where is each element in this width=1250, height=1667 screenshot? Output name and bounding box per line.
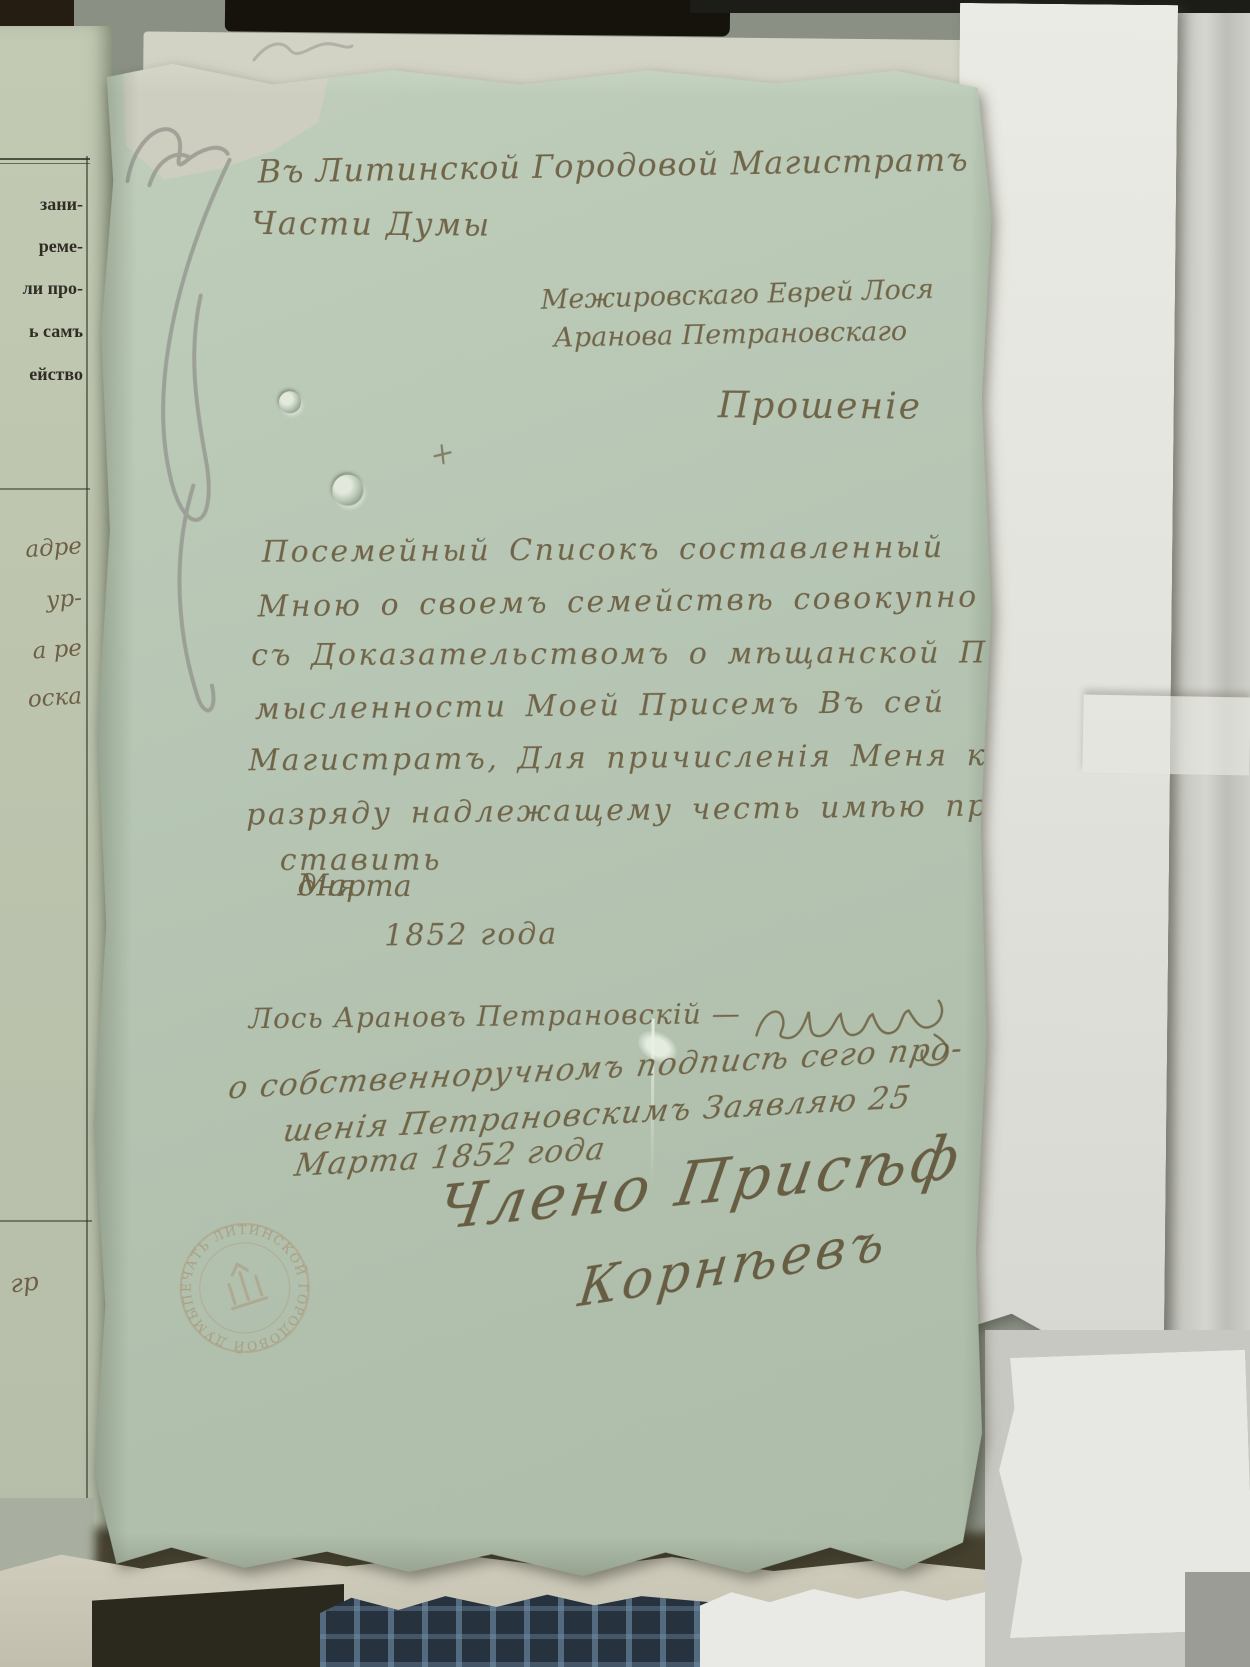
printed-rule [0, 1220, 92, 1222]
petition-page-wrapper: Въ Литинской Городовой Магистратъ Части … [80, 59, 1006, 1585]
paper-hole [279, 391, 301, 413]
handwritten-fragment: гр [9, 1267, 41, 1299]
bottom-right-corner-shadow [1185, 1572, 1250, 1667]
printed-fragment: ейство [0, 364, 86, 385]
handwritten-fragment: ур- [0, 585, 83, 617]
petition-title: Прошеніе [718, 385, 922, 427]
paper-edge-band [1082, 695, 1250, 776]
printed-fragment: реме- [0, 236, 86, 257]
header-line-1: Въ Литинской Городовой Магистратъ [257, 140, 969, 190]
handwritten-fragment: оска [0, 683, 83, 715]
printed-rule [0, 158, 90, 164]
printed-fragment: ь самъ [0, 321, 86, 342]
header-line-2: Части Думы [251, 204, 491, 244]
addressee-line-1: Межировскаго Еврей Лося [540, 274, 934, 316]
official-seal-stamp-icon: ПЕЧАТЬ ЛИТИНСКОЙ ГОРОДОВОЙ ДУМЫ [159, 1203, 330, 1374]
body-line: Мною о своемъ семействѣ совокупно [257, 579, 979, 624]
handwritten-fragment: адре [0, 533, 83, 565]
body-line: съ Доказательствомъ о мѣщанской Про [251, 635, 1030, 673]
printed-fragment: ли про- [0, 278, 86, 299]
body-line: разряду надлежащему честь имѣю пред- [246, 788, 1044, 833]
small-tear-mark [430, 442, 454, 466]
petition-page: Въ Литинской Городовой Магистратъ Части … [80, 59, 1006, 1585]
date-year: 1852 года [384, 917, 558, 954]
printed-fragment: зани- [0, 194, 86, 215]
date-day-word: дня [297, 868, 356, 903]
addressee-line-2: Аранова Петрановскаго [553, 316, 907, 354]
petitioner-signature: Лось Арановъ Петрановскій — [248, 997, 740, 1035]
printed-rule [0, 488, 90, 490]
body-line: Посемейный Списокъ составленный [262, 530, 945, 570]
paper-hole [332, 475, 363, 506]
body-line: Магистратъ, Для причисленія Меня къ [248, 738, 1009, 778]
official-signature-2: Корнѣевъ [575, 1211, 891, 1319]
archival-photo: зани- реме- ли про- ь самъ ейство адре у… [0, 0, 1250, 1667]
dark-background-top [225, 0, 730, 37]
handwritten-fragment: а ре [0, 635, 83, 667]
body-line: мысленности Моей Присемъ Въ сей [255, 685, 946, 727]
seal-emblem [220, 1259, 267, 1309]
